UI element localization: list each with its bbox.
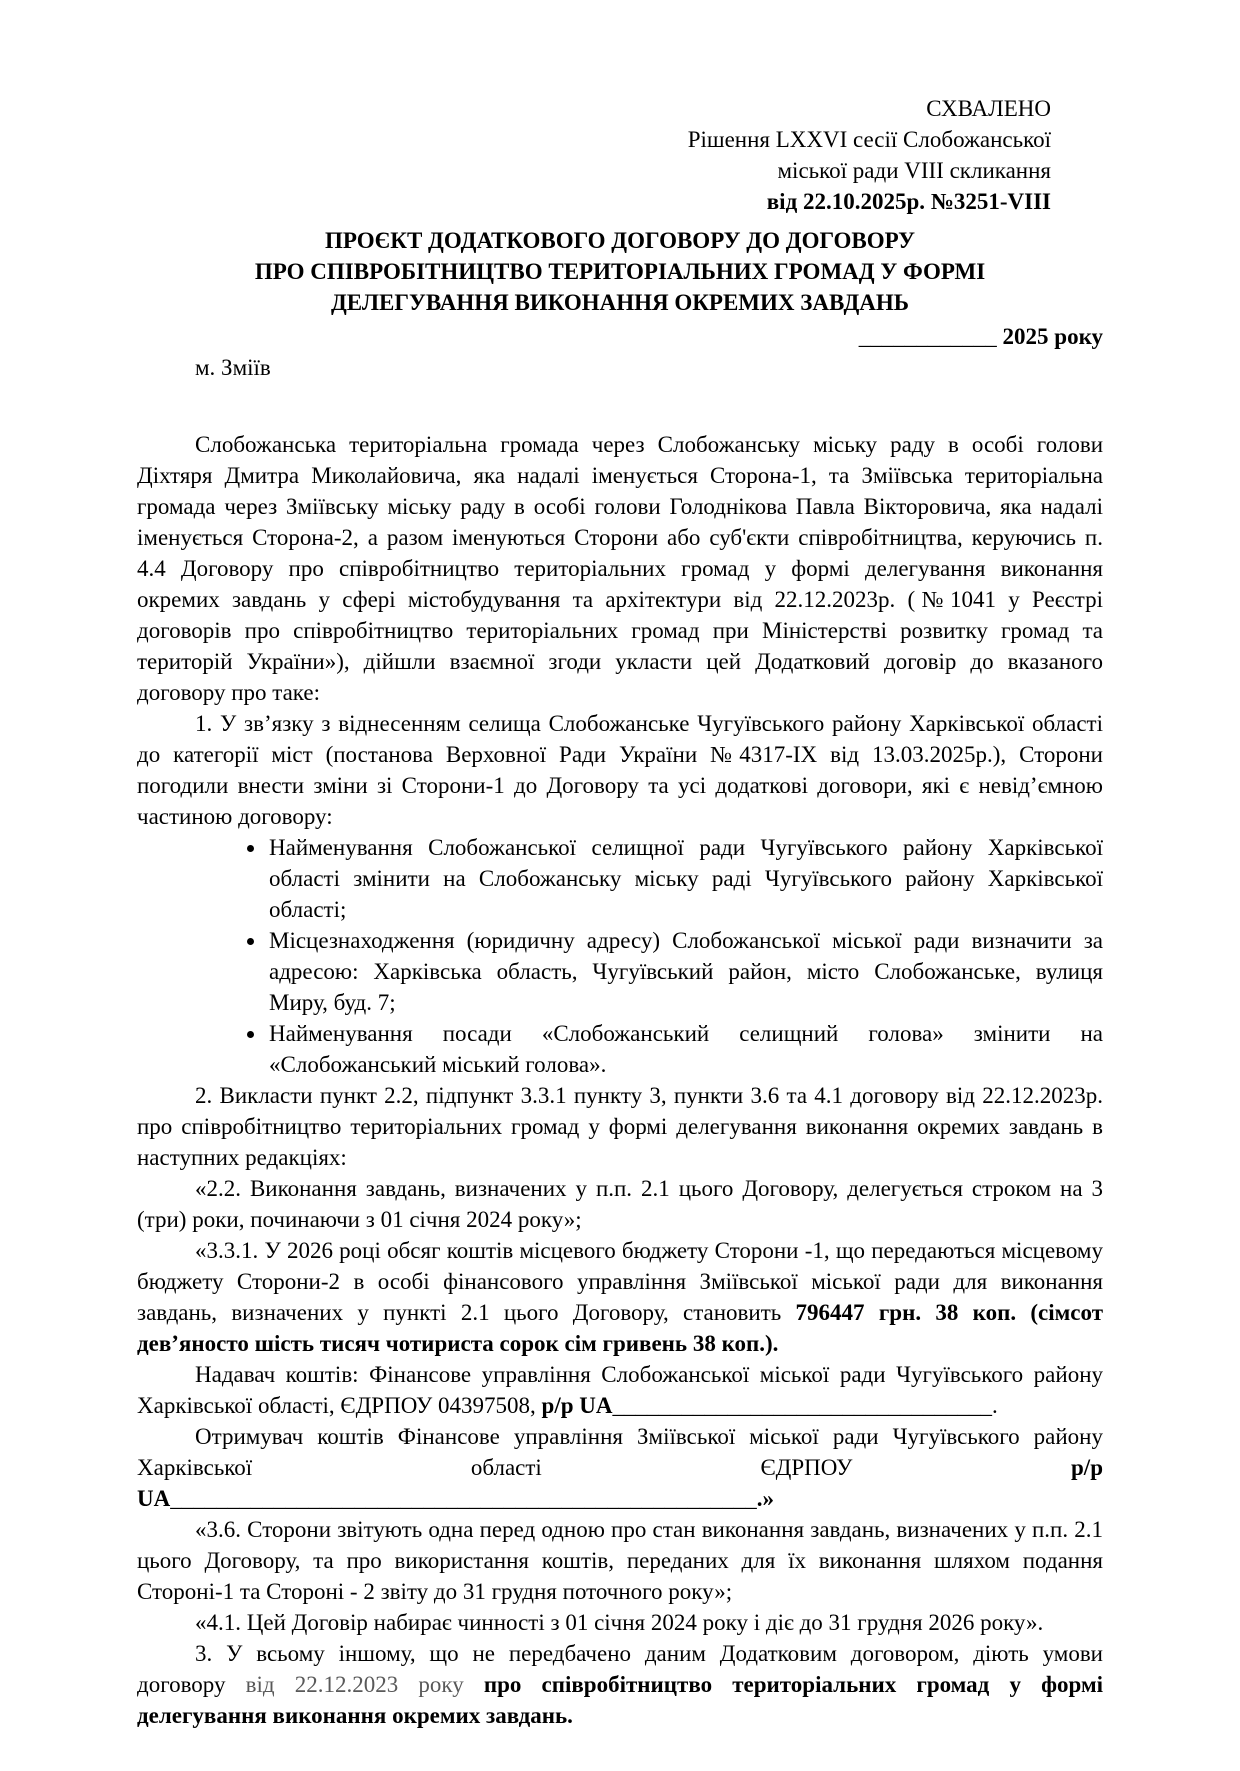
approval-line-1: СХВАЛЕНО [137, 93, 1051, 124]
clause-2-paragraph: 2. Викласти пункт 2.2, підпункт 3.3.1 пу… [137, 1080, 1103, 1173]
text-run: від 22.12.2023 року [246, 1672, 464, 1697]
document-page: СХВАЛЕНО Рішення LXXVI сесії Слобожанськ… [0, 0, 1240, 1771]
document-title: ПРОЄКТ ДОДАТКОВОГО ДОГОВОРУ ДО ДОГОВОРУ … [137, 225, 1103, 318]
clause-2-2-paragraph: «2.2. Виконання завдань, визначених у п.… [137, 1173, 1103, 1235]
text-run: .» [757, 1486, 774, 1511]
funds-provider-paragraph: Надавач коштів: Фінансове управління Сло… [137, 1359, 1103, 1421]
amendment-item-legal-address: Місцезнаходження (юридичну адресу) Слобо… [267, 925, 1103, 1018]
amendment-list: Найменування Слобожанської селищної ради… [137, 832, 1103, 1080]
document-title-line-1: ПРОЄКТ ДОДАТКОВОГО ДОГОВОРУ ДО ДОГОВОРУ [137, 225, 1103, 256]
document-title-line-2: ПРО СПІВРОБІТНИЦТВО ТЕРИТОРІАЛЬНИХ ГРОМА… [137, 256, 1103, 287]
approval-line-2: Рішення LXXVI сесії Слобожанської [137, 124, 1051, 155]
place-line: м. Зміїв [137, 352, 1103, 383]
text-run: р/р UA [542, 1393, 613, 1418]
text-run [464, 1672, 484, 1697]
approval-stamp-block: СХВАЛЕНО Рішення LXXVI сесії Слобожанськ… [137, 93, 1103, 217]
clause-3-3-1-paragraph: «3.3.1. У 2026 році обсяг коштів місцево… [137, 1235, 1103, 1359]
text-run: _________________________________. [613, 1393, 998, 1418]
text-run: ________________________________________… [170, 1486, 757, 1511]
text-run: ____________ [859, 324, 997, 349]
approval-line-3: міської ради VIII скликання [137, 155, 1051, 186]
date-blank-line: ____________ 2025 року [137, 321, 1103, 352]
clause-3-paragraph: 3. У всьому іншому, що не передбачено да… [137, 1638, 1103, 1731]
clause-3-6-paragraph: «3.6. Сторони звітують одна перед одною … [137, 1514, 1103, 1607]
clause-4-1-paragraph: «4.1. Цей Договір набирає чинності з 01 … [137, 1607, 1103, 1638]
clause-1-paragraph: 1. У зв’язку з віднесенням селища Слобож… [137, 708, 1103, 832]
approval-line-4: від 22.10.2025р. №3251-VIII [137, 186, 1051, 217]
text-run: Отримувач коштів Фінансове управління Зм… [137, 1424, 1103, 1480]
amendment-item-rename-position: Найменування посади «Слобожанський селищ… [267, 1018, 1103, 1080]
document-title-line-3: ДЕЛЕГУВАННЯ ВИКОНАННЯ ОКРЕМИХ ЗАВДАНЬ [137, 287, 1103, 318]
amendment-item-rename-council: Найменування Слобожанської селищної ради… [267, 832, 1103, 925]
text-run: 2025 року [997, 324, 1103, 349]
intro-paragraph: Слобожанська територіальна громада через… [137, 429, 1103, 708]
funds-recipient-paragraph: Отримувач коштів Фінансове управління Зм… [137, 1421, 1103, 1514]
